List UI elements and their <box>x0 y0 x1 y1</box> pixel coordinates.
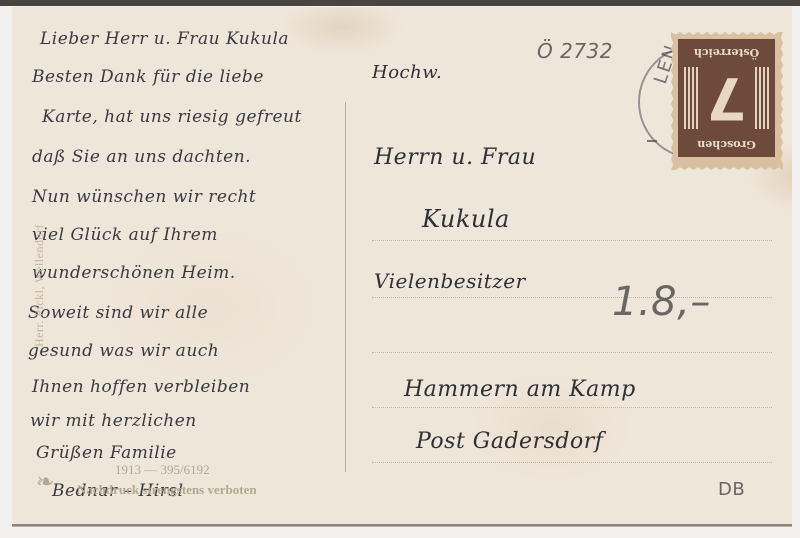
stamp-country: Österreich <box>678 43 775 61</box>
price-note: 1.8,– <box>612 279 711 325</box>
address-rule <box>372 240 772 241</box>
publisher-imprint-vertical: Herr. Pickl, Wellendorf <box>32 224 47 347</box>
address-line: Vielenbesitzer <box>374 269 526 293</box>
series-number: 1913 — 395/6192 <box>115 462 210 478</box>
postmark-mark <box>647 140 657 142</box>
message-line: gesund was wir auch <box>28 341 219 361</box>
message-line: Karte, hat uns riesig gefreut <box>42 107 302 127</box>
message-line: Lieber Herr u. Frau Kukula <box>40 29 289 49</box>
stamp-ornament <box>755 67 769 129</box>
address-rule <box>372 407 772 408</box>
message-line: daß Sie an uns dachten. <box>32 147 251 167</box>
address-salutation: Hochw. <box>372 62 442 83</box>
reprint-notice: Nachdruck strengstens verboten <box>77 482 257 498</box>
initials-note: DB <box>718 479 745 500</box>
address-rule <box>372 297 772 298</box>
message-line: viel Glück auf Ihrem <box>32 225 218 245</box>
message-line: wunderschönen Heim. <box>32 263 236 283</box>
stamp-face: Österreich 7 Groschen <box>678 39 775 157</box>
message-line: Nun wünschen wir recht <box>32 187 256 207</box>
catalog-number: Ö 2732 <box>537 39 613 63</box>
message-line: Soweit sind wir alle <box>28 303 208 323</box>
stamp-unit: Groschen <box>678 135 775 153</box>
address-rule <box>372 462 772 463</box>
address-line: Hammern am Kamp <box>404 377 636 402</box>
address-rule <box>372 352 772 353</box>
postage-stamp: Österreich 7 Groschen <box>671 32 783 170</box>
card-divider <box>345 102 346 472</box>
message-line: Ihnen hoffen verbleiben <box>32 377 250 397</box>
address-line: Kukula <box>422 205 510 233</box>
message-line: Grüßen Familie <box>36 443 177 463</box>
address-line: Herrn u. Frau <box>374 145 536 170</box>
message-line: Besten Dank für die liebe <box>32 67 264 87</box>
publisher-logo-icon: ❧ <box>36 469 54 495</box>
message-line: wir mit herzlichen <box>30 411 197 431</box>
stamp-ornament <box>684 67 698 129</box>
address-line: Post Gadersdorf <box>416 429 603 454</box>
scan-border <box>0 0 800 6</box>
stamp-denomination: 7 <box>700 67 753 129</box>
